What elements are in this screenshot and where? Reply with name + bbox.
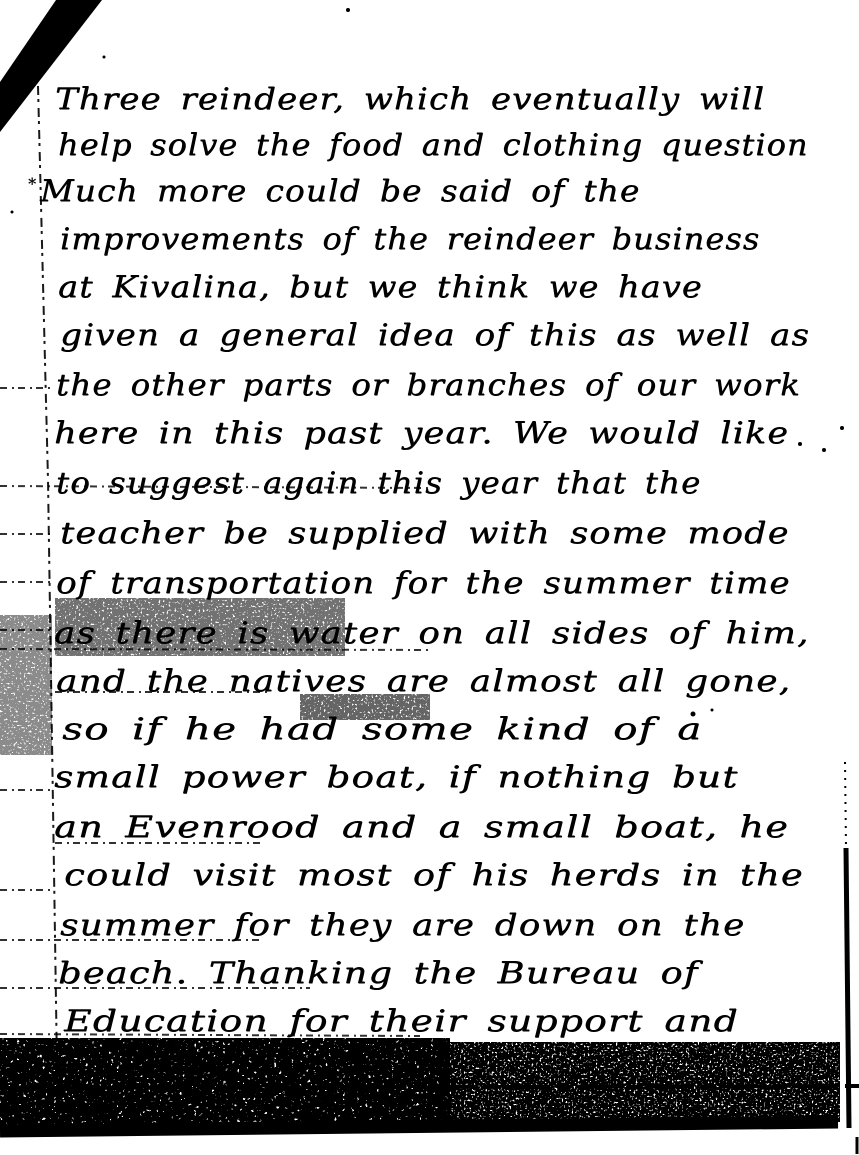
scan-noise-left-margin <box>0 615 52 755</box>
scanned-document-page: * Three reindeer, which eventually will … <box>0 0 859 1155</box>
handwritten-line-11: of transportation for the summer time <box>56 564 791 604</box>
right-edge-line <box>845 762 849 1128</box>
handwritten-line-4: improvements of the reindeer business <box>60 220 760 260</box>
handwritten-line-3: Much more could be said of the <box>40 172 640 212</box>
handwritten-line-8: here in this past year. We would like <box>54 414 789 454</box>
handwritten-line-6: given a general idea of this as well as <box>60 316 810 356</box>
scan-noise-bottom-left <box>0 1038 450 1128</box>
scan-noise-bottom-right <box>440 1042 840 1122</box>
margin-asterisk-mark: * <box>28 174 36 193</box>
handwritten-line-18: summer for they are down on the <box>60 906 745 946</box>
handwritten-line-19: beach. Thanking the Bureau of <box>58 954 699 994</box>
handwritten-line-12: as there is water on all sides of him, <box>54 614 809 654</box>
handwritten-line-9: to suggest again this year that the <box>56 464 701 504</box>
handwritten-line-17: could visit most of his herds in the <box>64 856 804 896</box>
handwritten-line-2: help solve the food and clothing questio… <box>58 126 809 166</box>
handwritten-line-15: small power boat, if nothing but <box>54 758 738 798</box>
handwritten-line-16: an Evenrood and a small boat, he <box>54 808 789 848</box>
handwritten-line-14: so if he had some kind of a <box>62 710 703 750</box>
handwritten-line-13: and the natives are almost all gone, <box>56 662 791 702</box>
handwritten-line-10: teacher be supplied with some mode <box>60 514 790 554</box>
handwritten-line-1: Three reindeer, which eventually will <box>55 80 765 120</box>
handwritten-line-7: the other parts or branches of our work <box>56 366 801 406</box>
handwritten-line-5: at Kivalina, but we think we have <box>58 268 703 308</box>
handwritten-line-20: Education for their support and <box>64 1002 739 1042</box>
